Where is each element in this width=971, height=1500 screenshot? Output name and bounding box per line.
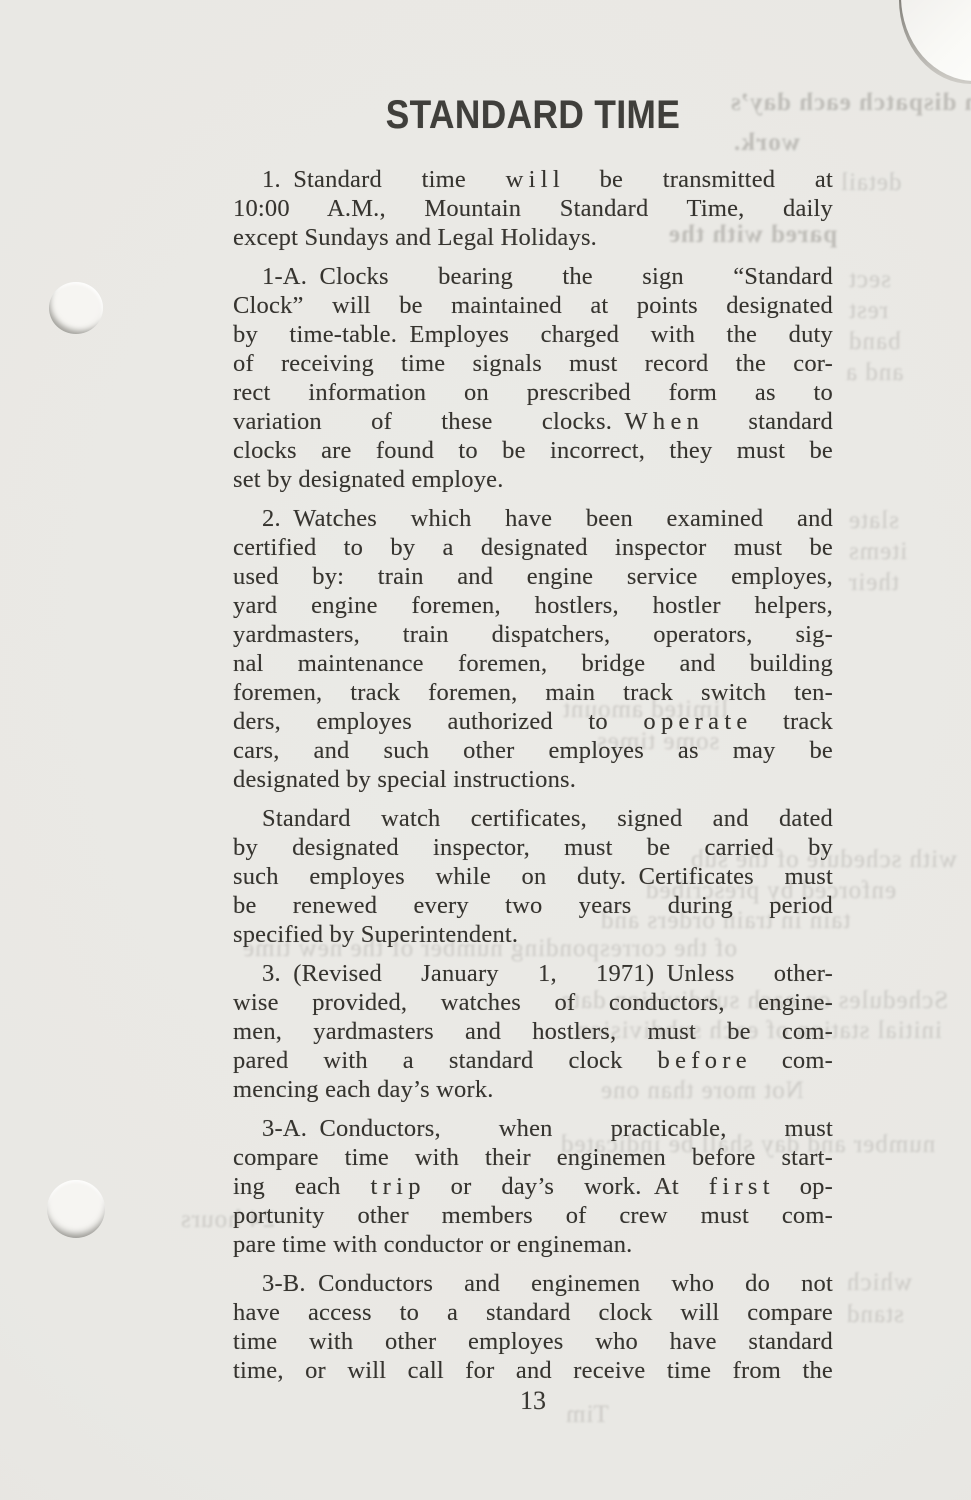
bleed-through-text: their <box>848 568 899 597</box>
text-line: 1. Standard time w i l l be transmitted … <box>233 165 833 194</box>
text-line: 3-A. Conductors, when practicable, must <box>233 1114 833 1143</box>
text-line: 3. (Revised January 1, 1971) Unless othe… <box>233 959 833 988</box>
rule-paragraph-1a: 1-A. Clocks bearing the sign “StandardCl… <box>233 262 833 494</box>
text-line: cars, and such other employes as may be <box>233 736 833 765</box>
text-line: ing each t r i p or day’s work. At f i r… <box>233 1172 833 1201</box>
text-line: mencing each day’s work. <box>233 1075 833 1104</box>
bleed-through-text: band <box>848 327 901 356</box>
page-number: 13 <box>233 1386 833 1416</box>
scanned-page: ain dispatch each day’swork.detailpared … <box>0 0 971 1500</box>
text-line: pare time with conductor or engineman. <box>233 1230 833 1259</box>
text-line: by time-table. Employes charged with the… <box>233 320 833 349</box>
text-line: ders, employes authorized to o p e r a t… <box>233 707 833 736</box>
text-line: designated by special instructions. <box>233 765 833 794</box>
text-line: set by designated employe. <box>233 465 833 494</box>
text-line: specified by Superintendent. <box>233 920 833 949</box>
text-line: such employes while on duty. Certificate… <box>233 862 833 891</box>
bleed-through-text: rest <box>848 296 888 325</box>
rule-paragraph-2: 2. Watches which have been examined andc… <box>233 504 833 794</box>
text-line: foremen, track foremen, main track switc… <box>233 678 833 707</box>
rule-paragraph-1: 1. Standard time w i l l be transmitted … <box>233 165 833 252</box>
binder-hole-top <box>49 282 103 334</box>
text-line: pared with a standard clock b e f o r e … <box>233 1046 833 1075</box>
text-line: nal maintenance foremen, bridge and buil… <box>233 649 833 678</box>
bleed-through-text: slate <box>848 506 899 535</box>
text-line: certified to by a designated inspector m… <box>233 533 833 562</box>
text-line: used by: train and engine service employ… <box>233 562 833 591</box>
text-line: Standard watch certificates, signed and … <box>233 804 833 833</box>
rule-paragraph-watch-certificates: Standard watch certificates, signed and … <box>233 804 833 949</box>
text-line: of receiving time signals must record th… <box>233 349 833 378</box>
text-block: STANDARD TIME 1. Standard time w i l l b… <box>233 95 833 1395</box>
bleed-through-text: and a <box>845 358 903 387</box>
text-line: variation of these clocks. W h e n stand… <box>233 407 833 436</box>
rule-paragraph-3b: 3-B. Conductors and enginemen who do not… <box>233 1269 833 1385</box>
text-line: time, or will call for and receive time … <box>233 1356 833 1385</box>
text-line: time with other employes who have standa… <box>233 1327 833 1356</box>
rule-paragraph-3a: 3-A. Conductors, when practicable, mustc… <box>233 1114 833 1259</box>
text-line: yard engine foremen, hostlers, hostler h… <box>233 591 833 620</box>
text-line: wise provided, watches of conductors, en… <box>233 988 833 1017</box>
binder-hole-bottom <box>47 1180 105 1238</box>
bleed-through-text: detail <box>840 168 902 197</box>
text-line: 2. Watches which have been examined and <box>233 504 833 533</box>
text-line: men, yardmasters and hostlers, must be c… <box>233 1017 833 1046</box>
text-line: 3-B. Conductors and enginemen who do not <box>233 1269 833 1298</box>
text-line: by designated inspector, must be carried… <box>233 833 833 862</box>
text-line: 10:00 A.M., Mountain Standard Time, dail… <box>233 194 833 223</box>
page-title: STANDARD TIME <box>269 95 797 135</box>
text-line: have access to a standard clock will com… <box>233 1298 833 1327</box>
text-line: except Sundays and Legal Holidays. <box>233 223 833 252</box>
bleed-through-text: sect <box>848 265 891 294</box>
text-line: be renewed every two years during period <box>233 891 833 920</box>
text-line: portunity other members of crew must com… <box>233 1201 833 1230</box>
text-line: clocks are found to be incorrect, they m… <box>233 436 833 465</box>
text-line: Clock” will be maintained at points desi… <box>233 291 833 320</box>
bleed-through-text: stand <box>846 1300 904 1329</box>
page-corner-curl <box>899 0 971 84</box>
text-line: compare time with their enginemen before… <box>233 1143 833 1172</box>
text-line: 1-A. Clocks bearing the sign “Standard <box>233 262 833 291</box>
page-corner-curl-face <box>901 0 971 81</box>
bleed-through-text: items <box>848 537 907 566</box>
text-line: rect information on prescribed form as t… <box>233 378 833 407</box>
text-line: yardmasters, train dispatchers, operator… <box>233 620 833 649</box>
bleed-through-text: which <box>846 1268 912 1297</box>
rule-paragraph-3: 3. (Revised January 1, 1971) Unless othe… <box>233 959 833 1104</box>
